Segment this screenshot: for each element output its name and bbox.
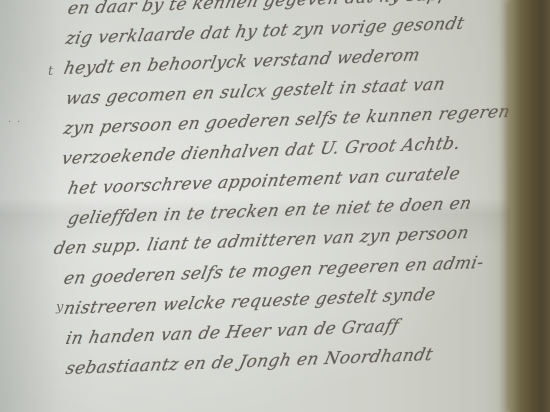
book-binding-edge (510, 0, 550, 412)
margin-dots: .. (8, 114, 26, 125)
manuscript-photo: .. t y en daar by te kennen gegeven dat … (0, 0, 550, 412)
margin-mark-line3: t (48, 64, 53, 79)
handwritten-text-block: en daar by te kennen gegeven dat hy supp… (58, 0, 508, 384)
